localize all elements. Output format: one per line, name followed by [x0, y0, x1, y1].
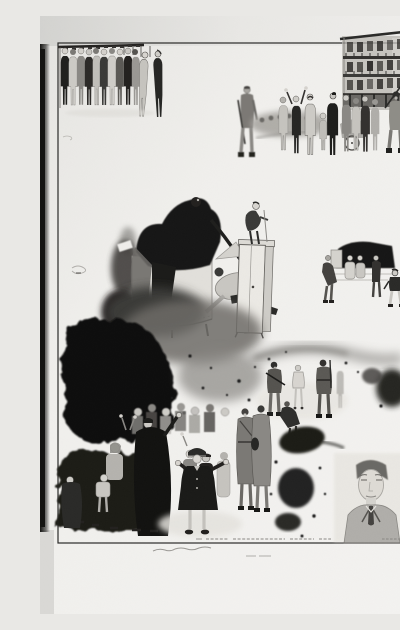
artwork-photo	[40, 16, 400, 614]
photo-grain	[40, 16, 400, 614]
lithograph-canvas	[40, 16, 400, 614]
